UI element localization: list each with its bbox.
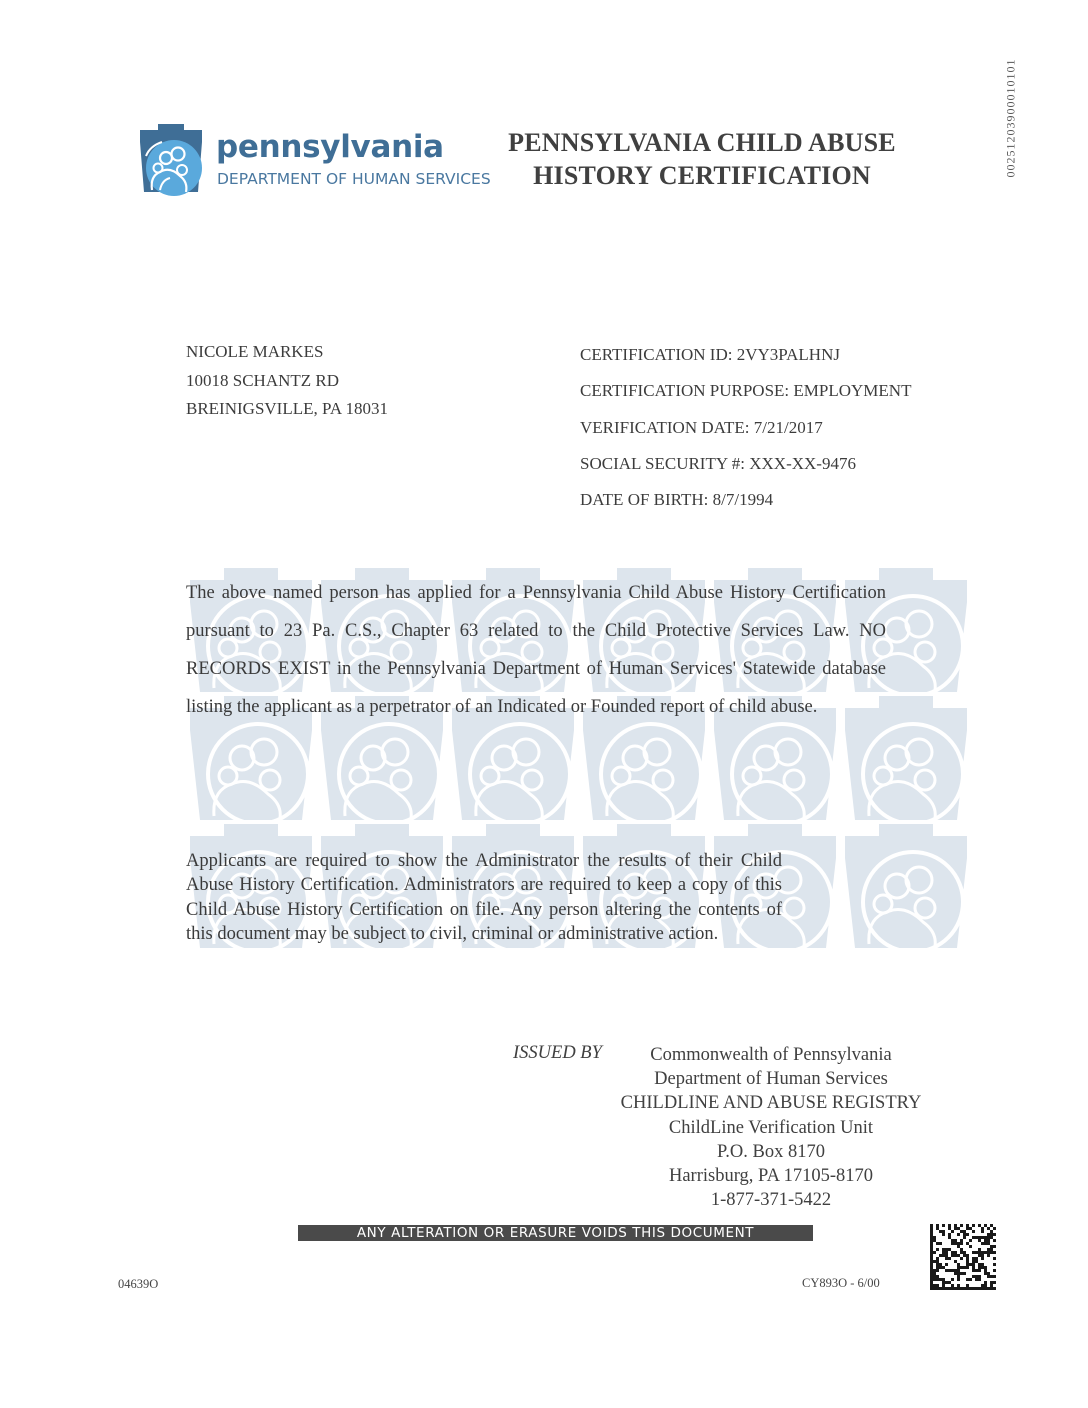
issuer-line: P.O. Box 8170 [606, 1140, 936, 1164]
recipient-address: NICOLE MARKES 10018 SCHANTZ RD BREINIGSV… [186, 338, 388, 424]
alteration-warning-banner: ANY ALTERATION OR ERASURE VOIDS THIS DOC… [298, 1225, 813, 1241]
detail-value: EMPLOYMENT [793, 381, 911, 400]
administrator-notice: Applicants are required to show the Admi… [186, 849, 782, 946]
detail-value: 8/7/1994 [713, 490, 773, 509]
issuer-line: CHILDLINE AND ABUSE REGISTRY [606, 1091, 936, 1115]
datamatrix-barcode-icon [930, 1224, 996, 1290]
side-control-number: 00251203900010101 [1000, 60, 1022, 175]
keystone-watermark-icon [839, 824, 973, 950]
issuer-line: Commonwealth of Pennsylvania [606, 1043, 936, 1067]
logo-department: DEPARTMENT OF HUMAN SERVICES [217, 170, 491, 188]
issuer-line: Department of Human Services [606, 1067, 936, 1091]
detail-ssn: SOCIAL SECURITY #: XXX-XX-9476 [580, 446, 911, 482]
dhs-logo: pennsylvania DEPARTMENT OF HUMAN SERVICE… [136, 124, 481, 200]
side-control-number-text: 00251203900010101 [1004, 58, 1019, 177]
issuer-line: 1-877-371-5422 [606, 1188, 936, 1212]
title-line-2: HISTORY CERTIFICATION [496, 159, 908, 192]
detail-certification-id: CERTIFICATION ID: 2VY3PALHNJ [580, 337, 911, 373]
recipient-city: BREINIGSVILLE, PA 18031 [186, 395, 388, 424]
issuer-line: ChildLine Verification Unit [606, 1116, 936, 1140]
title-line-1: PENNSYLVANIA CHILD ABUSE [496, 126, 908, 159]
form-number: CY893O - 6/00 [802, 1276, 880, 1291]
document-title: PENNSYLVANIA CHILD ABUSE HISTORY CERTIFI… [496, 126, 908, 192]
keystone-family-icon [136, 124, 206, 196]
detail-certification-purpose: CERTIFICATION PURPOSE: EMPLOYMENT [580, 373, 911, 409]
detail-label: SOCIAL SECURITY #: [580, 454, 745, 473]
detail-value: 2VY3PALHNJ [737, 345, 840, 364]
detail-value: 7/21/2017 [754, 418, 823, 437]
detail-label: CERTIFICATION ID: [580, 345, 732, 364]
issuer-address: Commonwealth of Pennsylvania Department … [606, 1043, 936, 1212]
recipient-street: 10018 SCHANTZ RD [186, 367, 388, 396]
detail-label: VERIFICATION DATE: [580, 418, 750, 437]
issued-by-label: ISSUED BY [513, 1043, 602, 1064]
detail-date-of-birth: DATE OF BIRTH: 8/7/1994 [580, 482, 911, 518]
certification-details: CERTIFICATION ID: 2VY3PALHNJ CERTIFICATI… [580, 337, 911, 518]
detail-value: XXX-XX-9476 [749, 454, 856, 473]
issuer-line: Harrisburg, PA 17105-8170 [606, 1164, 936, 1188]
detail-label: DATE OF BIRTH: [580, 490, 708, 509]
recipient-name: NICOLE MARKES [186, 338, 388, 367]
footer-left-code: 04639O [118, 1277, 158, 1292]
detail-verification-date: VERIFICATION DATE: 7/21/2017 [580, 410, 911, 446]
certification-statement: The above named person has applied for a… [186, 574, 886, 726]
detail-label: CERTIFICATION PURPOSE: [580, 381, 789, 400]
logo-wordmark: pennsylvania [216, 130, 444, 164]
